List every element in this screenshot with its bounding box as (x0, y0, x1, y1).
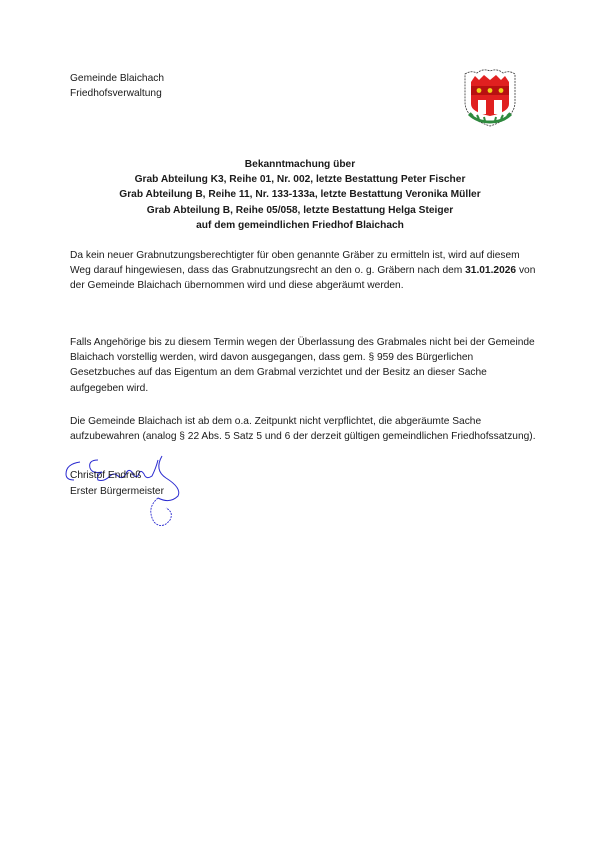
paragraph-takeover-notice: Da kein neuer Grabnutzungsberechtigter f… (70, 248, 540, 294)
heading-cemetery: auf dem gemeindlichen Friedhof Blaichach (60, 218, 540, 233)
heading-grave-2: Grab Abteilung B, Reihe 11, Nr. 133-133a… (60, 187, 540, 202)
deadline-date: 31.01.2026 (465, 265, 516, 276)
heading-grave-3: Grab Abteilung B, Reihe 05/058, letzte B… (60, 203, 540, 218)
sender-municipality: Gemeinde Blaichach (70, 71, 164, 86)
paragraph-relinquishment: Falls Angehörige bis zu diesem Termin we… (70, 335, 540, 396)
signatory-block: Christof Endreß Erster Bürgermeister (70, 468, 164, 499)
announcement-heading: Bekanntmachung über Grab Abteilung K3, R… (60, 157, 540, 233)
signatory-name: Christof Endreß (70, 468, 164, 484)
sender-address: Gemeinde Blaichach Friedhofsverwaltung (70, 71, 164, 101)
signatory-title: Erster Bürgermeister (70, 484, 164, 500)
paragraph-storage-disclaimer: Die Gemeinde Blaichach ist ab dem o.a. Z… (70, 414, 540, 444)
heading-grave-1: Grab Abteilung K3, Reihe 01, Nr. 002, le… (60, 172, 540, 187)
sender-department: Friedhofsverwaltung (70, 86, 164, 101)
municipal-coat-of-arms-icon (459, 64, 521, 130)
heading-title: Bekanntmachung über (60, 157, 540, 172)
